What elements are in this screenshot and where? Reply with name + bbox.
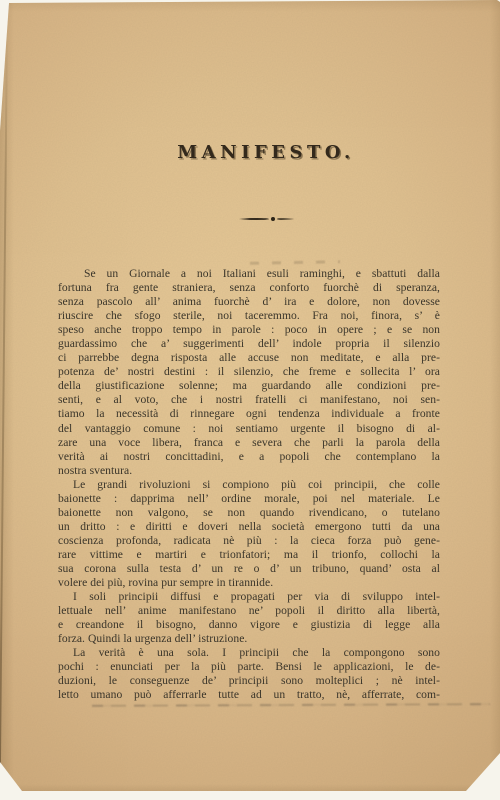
text-line: baionette : dapprima nell’ ordine morale… bbox=[58, 492, 440, 506]
text-line: letto umano può afferrarle tutte ad un t… bbox=[58, 688, 440, 702]
divider-line-right-icon bbox=[277, 218, 294, 220]
text-line: I soli principii diffusi e propagati per… bbox=[58, 590, 440, 604]
document-page: MANIFESTO. Se un Giornale a noi Italiani… bbox=[0, 0, 500, 800]
text-line: un dritto : e diritti e doveri nella soc… bbox=[58, 520, 440, 534]
page-title: MANIFESTO. bbox=[16, 143, 500, 163]
left-fold-crease bbox=[0, 30, 7, 786]
text-line: volere dei più, rovina pur sempre in tir… bbox=[58, 576, 440, 590]
text-line: e creandone il bisogno, danno vigore e g… bbox=[58, 618, 440, 632]
text-line: fortuna fra gente straniera, senza confo… bbox=[58, 281, 440, 295]
text-line: zare una voce libera, franca e severa ch… bbox=[58, 436, 440, 450]
text-line: potenza de’ nostri destini : il silenzio… bbox=[58, 365, 440, 379]
text-line: della giustificazione solenne; ma guarda… bbox=[58, 379, 440, 393]
divider-ornament bbox=[236, 216, 296, 222]
text-line: senti, e al voto, che i nostri fratelli … bbox=[58, 393, 440, 407]
paragraph: La verità è una sola. I principii che la… bbox=[58, 646, 440, 702]
scanner-background: MANIFESTO. Se un Giornale a noi Italiani… bbox=[0, 0, 500, 800]
text-line: baionette non valgono, se non quando riv… bbox=[58, 506, 440, 520]
text-line: guardassimo che a’ suggerimenti dell’ in… bbox=[58, 337, 440, 351]
paragraph: Se un Giornale a noi Italiani esuli rami… bbox=[58, 267, 440, 478]
text-line: pochi : enunciati per la più parte. Bens… bbox=[58, 660, 440, 674]
text-line: coscienza profonda, radicata nè più : la… bbox=[58, 534, 440, 548]
text-line: Le grandi rivoluzioni si compiono più co… bbox=[58, 478, 440, 492]
text-line: del vantaggio comune : noi sentiamo urge… bbox=[58, 422, 440, 436]
paragraph: Le grandi rivoluzioni si compiono più co… bbox=[58, 478, 440, 590]
text-line: forza. Quindi la urgenza dell’ istruzion… bbox=[58, 632, 440, 646]
text-line: senza pascolo all’ anima fuorchè d’ ira … bbox=[58, 295, 440, 309]
text-line: nostra sventura. bbox=[58, 464, 440, 478]
text-line: La verità è una sola. I principii che la… bbox=[58, 646, 440, 660]
ink-smudge-line bbox=[92, 703, 490, 707]
text-line: riuscire che sfogo sterile, noi taceremm… bbox=[58, 309, 440, 323]
text-line: Se un Giornale a noi Italiani esuli rami… bbox=[58, 267, 440, 281]
text-line: duzioni, le conseguenze de’ principii so… bbox=[58, 674, 440, 688]
paragraph: I soli principii diffusi e propagati per… bbox=[58, 590, 440, 646]
text-line: lettuale nell’ anime manifestano ne’ pop… bbox=[58, 604, 440, 618]
text-line: sua corona sulla testa d’ un re o d’ un … bbox=[58, 562, 440, 576]
text-line: verità ai nostri concittadini, e a popol… bbox=[58, 450, 440, 464]
divider-dot-icon bbox=[271, 217, 275, 221]
text-line: speso anche troppo tempo in parole : poc… bbox=[58, 323, 440, 337]
text-line: rare vittime e martiri e trionfatori; ma… bbox=[58, 548, 440, 562]
faint-pencil-marks bbox=[250, 260, 340, 265]
text-line: ci parrebbe degna risposta alle accuse n… bbox=[58, 351, 440, 365]
text-line: tiamo la necessità di rinnegare ogni ten… bbox=[58, 407, 440, 421]
divider-line-left-icon bbox=[239, 218, 269, 220]
body-text: Se un Giornale a noi Italiani esuli rami… bbox=[58, 267, 440, 702]
